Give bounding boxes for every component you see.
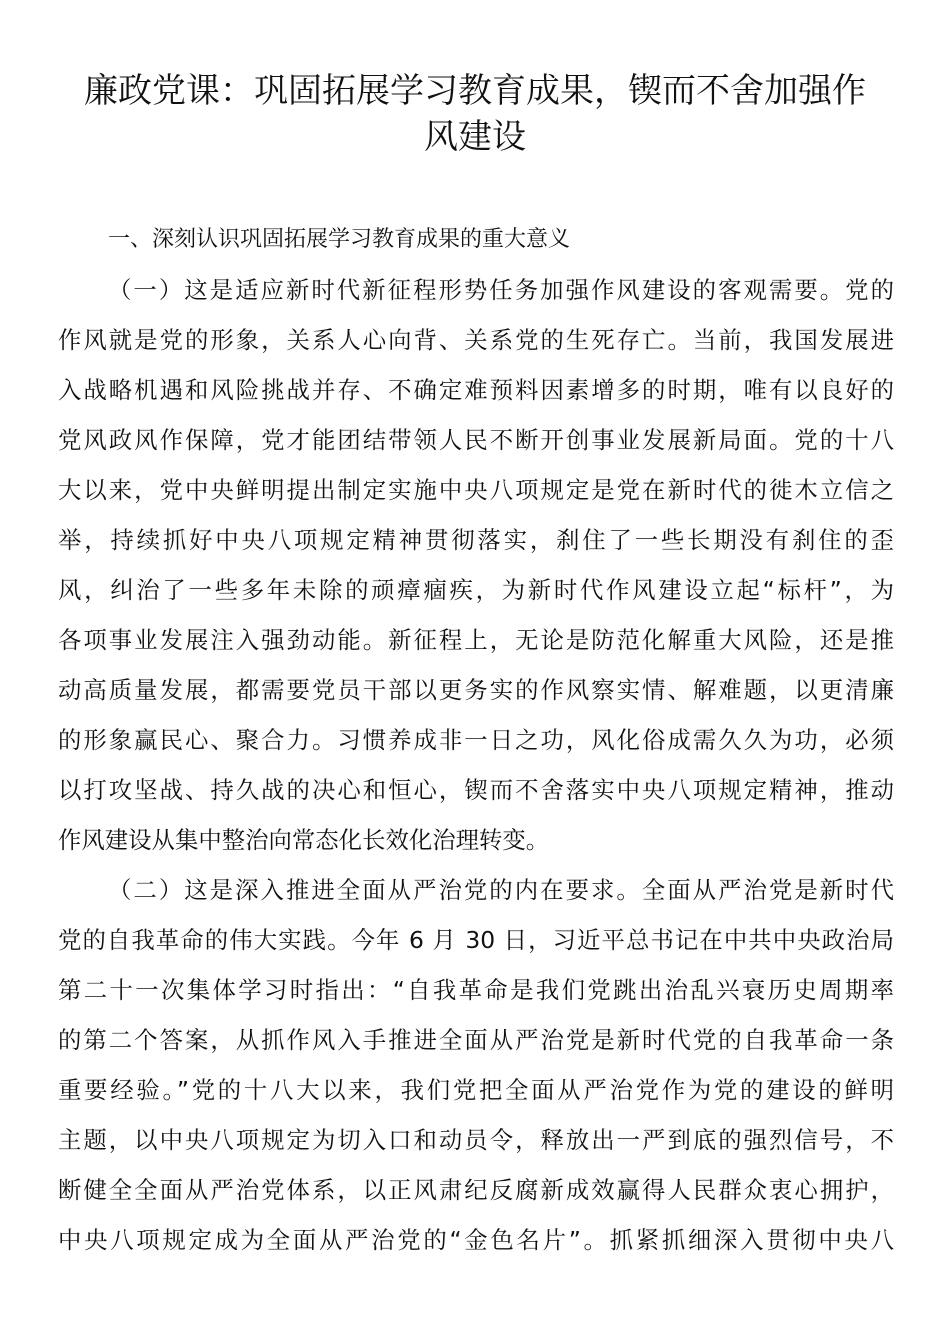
paragraph-1-line: 动高质量发展，都需要党员干部以更务实的作风察实情、解难题，以更清廉 bbox=[58, 672, 894, 708]
document-page: 廉政党课：巩固拓展学习教育成果，锲而不舍加强作 风建设 一、深刻认识巩固拓展学习… bbox=[0, 0, 950, 1344]
paragraph-2-line: 中央八项规定成为全面从严治党的“金色名片”。抓紧抓细深入贯彻中央八 bbox=[58, 1222, 894, 1258]
paragraph-2-line: （二）这是深入推进全面从严治党的内在要求。全面从严治党是新时代 bbox=[108, 872, 894, 908]
paragraph-1-line: 党风政风作保障，党才能团结带领人民不断开创事业发展新局面。党的十八 bbox=[58, 422, 894, 458]
paragraph-2-line: 党的自我革命的伟大实践。今年 6 月 30 日，习近平总书记在中共中央政治局 bbox=[58, 922, 894, 958]
paragraph-2-line: 断健全全面从严治党体系，以正风肃纪反腐新成效赢得人民群众衷心拥护， bbox=[58, 1172, 894, 1208]
paragraph-1-line: 作风就是党的形象，关系人心向背、关系党的生死存亡。当前，我国发展进 bbox=[58, 322, 894, 358]
paragraph-1-line: 的形象赢民心、聚合力。习惯养成非一日之功，风化俗成需久久为功，必须 bbox=[58, 722, 894, 758]
paragraph-2-line: 第二十一次集体学习时指出：“自我革命是我们党跳出治乱兴衰历史周期率 bbox=[58, 972, 894, 1008]
paragraph-1-line: 大以来，党中央鲜明提出制定实施中央八项规定是党在新时代的徙木立信之 bbox=[58, 472, 894, 508]
section-heading: 一、深刻认识巩固拓展学习教育成果的重大意义 bbox=[108, 222, 570, 258]
paragraph-2-line: 的第二个答案，从抓作风入手推进全面从严治党是新时代党的自我革命一条 bbox=[58, 1022, 894, 1058]
paragraph-1-line: （一）这是适应新时代新征程形势任务加强作风建设的客观需要。党的 bbox=[108, 272, 894, 308]
paragraph-1-line: 入战略机遇和风险挑战并存、不确定难预料因素增多的时期，唯有以良好的 bbox=[58, 372, 894, 408]
paragraph-1-line: 以打攻坚战、持久战的决心和恒心，锲而不舍落实中央八项规定精神，推动 bbox=[58, 772, 894, 808]
paragraph-1-line: 举，持续抓好中央八项规定精神贯彻落实，刹住了一些长期没有刹住的歪 bbox=[58, 522, 894, 558]
paragraph-2-line: 主题，以中央八项规定为切入口和动员令，释放出一严到底的强烈信号，不 bbox=[58, 1122, 894, 1158]
title-line-1: 廉政党课：巩固拓展学习教育成果，锲而不舍加强作 bbox=[40, 68, 910, 114]
paragraph-1-line: 各项事业发展注入强劲动能。新征程上，无论是防范化解重大风险，还是推 bbox=[58, 622, 894, 658]
document-title: 廉政党课：巩固拓展学习教育成果，锲而不舍加强作 风建设 bbox=[40, 68, 910, 160]
paragraph-2-line: 重要经验。”党的十八大以来，我们党把全面从严治党作为党的建设的鲜明 bbox=[58, 1072, 894, 1108]
paragraph-1-line: 作风建设从集中整治向常态化长效化治理转变。 bbox=[58, 822, 894, 858]
title-line-2: 风建设 bbox=[40, 114, 910, 160]
paragraph-1-line: 风，纠治了一些多年未除的顽瘴痼疾，为新时代作风建设立起“标杆”，为 bbox=[58, 572, 894, 608]
